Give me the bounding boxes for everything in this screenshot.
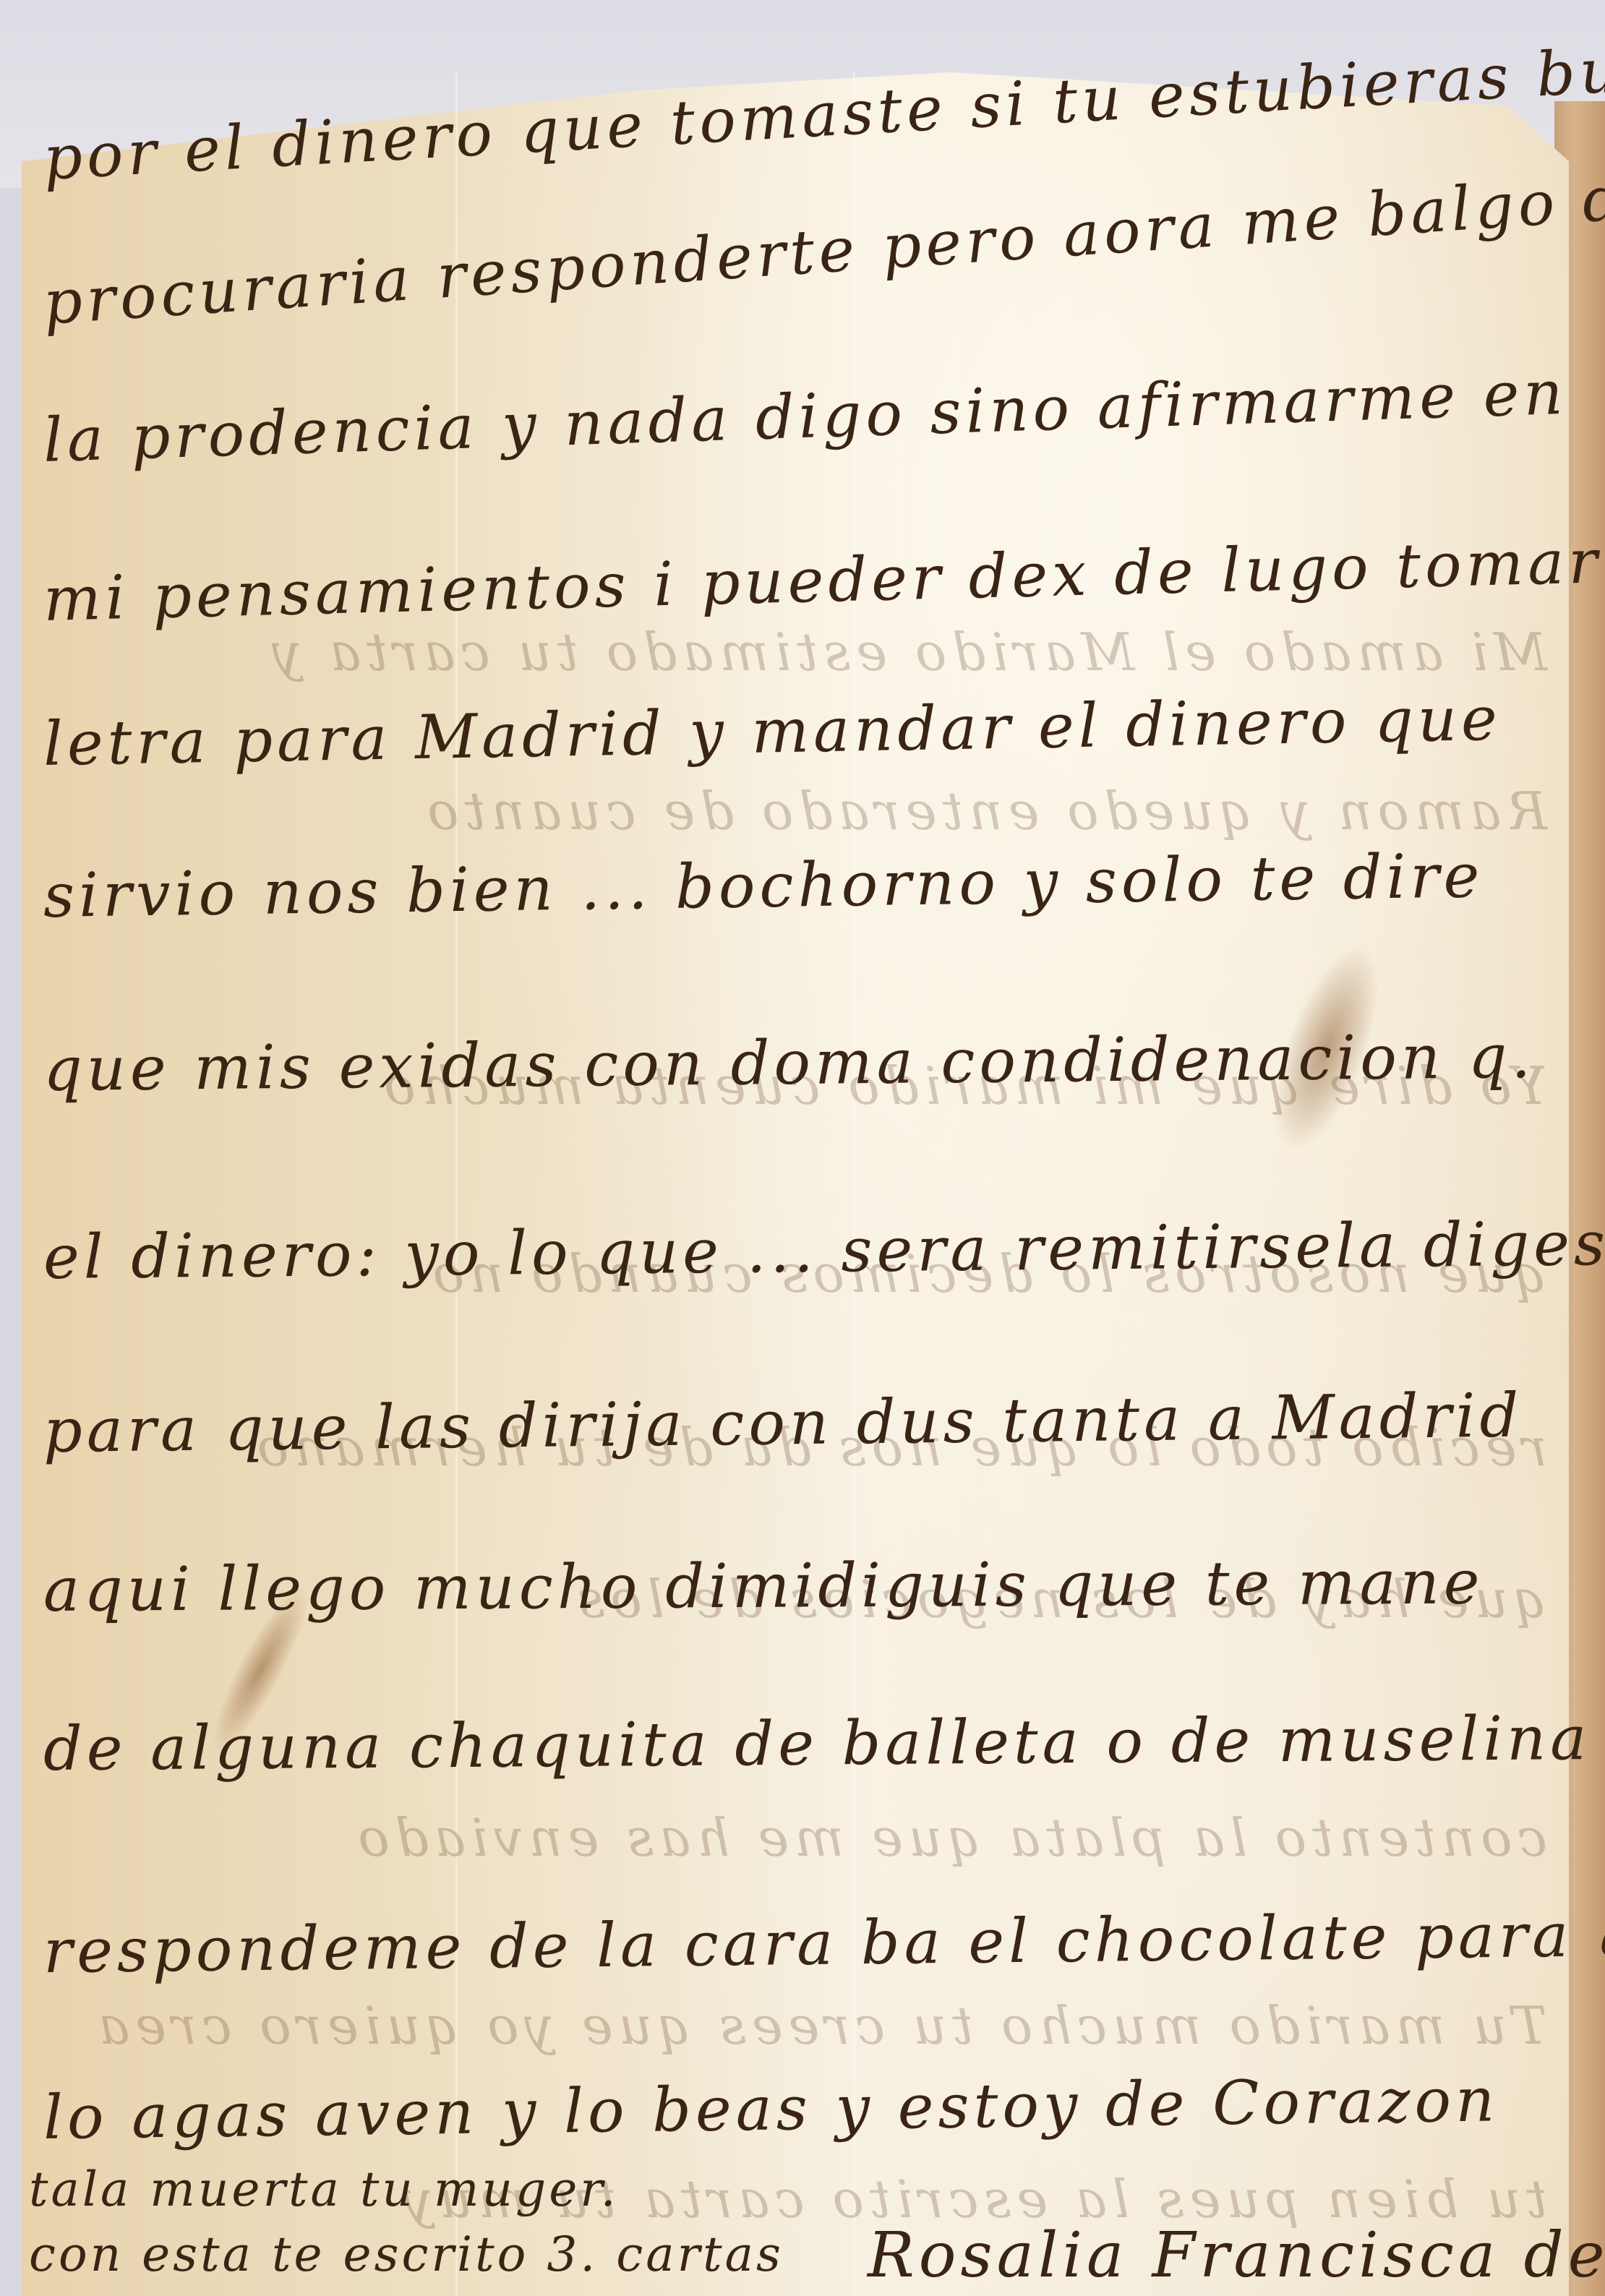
bleed-through-text: Ramon y quedo enterado de cuanto xyxy=(65,781,1547,841)
letter-line: el dinero: yo lo que ... sera remitirsel… xyxy=(43,1209,1562,1293)
bleed-through-text: Tu marido mucho tu crees que yo quiero c… xyxy=(65,1995,1547,2056)
letter-line: que mis exidas con doma condidenacion q. xyxy=(43,1021,1562,1105)
letter-line: aqui llego mucho dimidiguis que te mane xyxy=(43,1546,1562,1625)
bleed-through-text: contento la plata que me has enviado xyxy=(65,1807,1547,1868)
signature: Rosalia Francisca de F... xyxy=(868,2219,1605,2292)
closing-line: con esta te escrito 3. cartas xyxy=(29,2227,784,2282)
bleed-through-text: Mi amado el Marido estimado tu carta y xyxy=(65,622,1547,682)
closing-line: tala muerta tu muger. xyxy=(29,2162,619,2217)
letter-line: de alguna chaquita de balleta o de musel… xyxy=(43,1702,1562,1784)
